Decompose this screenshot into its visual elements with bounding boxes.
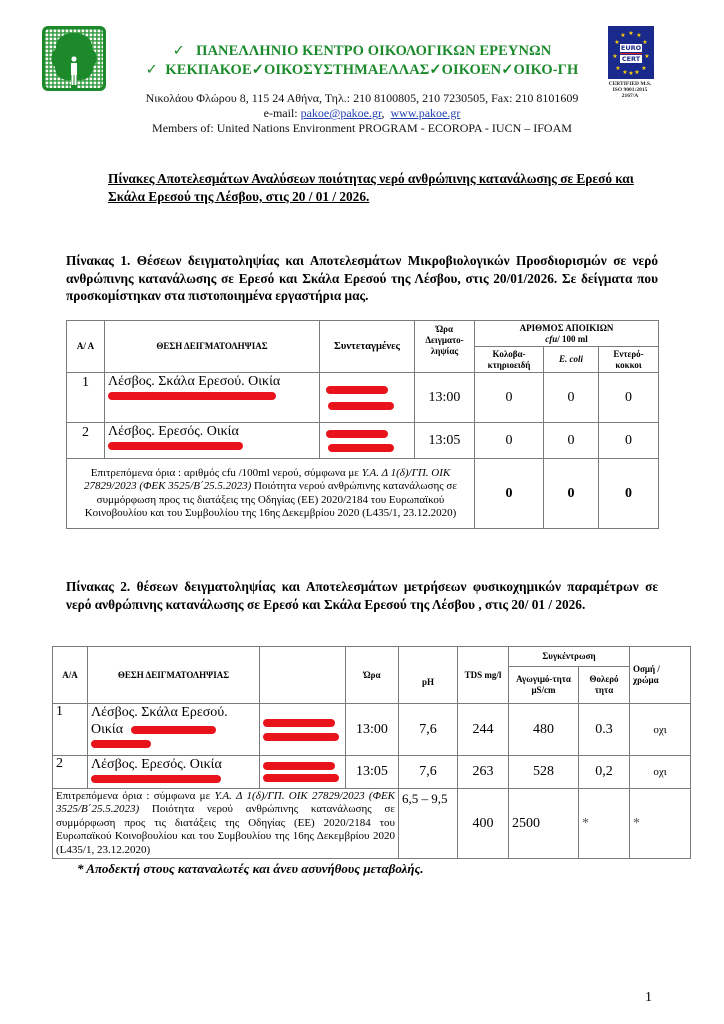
svg-text:★: ★: [641, 65, 646, 72]
col-turbidity: Θολερό τητα: [579, 667, 630, 704]
redaction-mark: [263, 733, 339, 741]
redaction-mark: [328, 402, 394, 410]
contact-line: e-mail: pakoe@pakoe.gr, www.pakoe.gr: [0, 106, 724, 121]
col-time: Ώρα: [346, 647, 399, 704]
microbiology-table: Α/ Α ΘΕΣΗ ΔΕΙΓΜΑΤΟΛΗΨΙΑΣ Συντεταγμένες Ώ…: [66, 320, 659, 529]
redaction-mark: [263, 719, 335, 727]
col-coliforms: Κολοβα-κτηριοειδή: [475, 347, 544, 373]
col-aa: Α/ Α: [67, 321, 105, 373]
website-link[interactable]: www.pakoe.gr: [390, 106, 460, 120]
document-title: Πίνακες Αποτελεσμάτων Αναλύσεων ποιότητα…: [108, 170, 658, 206]
table-row: 1 Λέσβος. Σκάλα Ερεσού. Οικία 13:00 7,6 …: [53, 704, 691, 756]
col-conductivity: Αγωγιμό-τητα μS/cm: [509, 667, 579, 704]
svg-text:★: ★: [642, 39, 647, 46]
limits-text: Επιτρεπόμενα όρια : σύμφωνα με Υ.Α. Δ 1(…: [53, 789, 399, 859]
location-cell: Λέσβος. Σκάλα Ερεσού. Οικία: [88, 704, 260, 756]
limits-row: Επιτρεπόμενα όρια : αριθμός cfu /100ml ν…: [67, 459, 659, 529]
svg-text:★: ★: [636, 32, 641, 39]
col-enterococci: Εντερό-κοκκοι: [599, 347, 659, 373]
col-coords: Συντεταγμένες: [320, 321, 415, 373]
page-number: 1: [645, 990, 652, 1006]
redaction-mark: [263, 762, 335, 770]
eurocert-stars-icon: ★★★ ★★ ★★ ★★ ★★★: [608, 26, 654, 79]
svg-text:★: ★: [628, 30, 633, 37]
coords-cell: [260, 756, 346, 789]
table-row: 1 Λέσβος. Σκάλα Ερεσού. Οικία 13:00 0 0 …: [67, 373, 659, 423]
svg-text:★: ★: [615, 65, 620, 72]
col-coords: [260, 647, 346, 704]
location-cell: Λέσβος. Ερεσός. Οικία: [105, 423, 320, 459]
cert-badge-top: EURO: [620, 44, 642, 52]
redaction-mark: [328, 444, 394, 452]
redaction-mark: [91, 775, 221, 783]
col-aa: Α/Α: [53, 647, 88, 704]
col-group-colonies: ΑΡΙΘΜΟΣ ΑΠΟΙΚΙΩΝ cfu/ 100 ml: [475, 321, 659, 347]
address-line: Νικολάου Φλώρου 8, 115 24 Αθήνα, Τηλ.: 2…: [0, 91, 724, 106]
svg-text:★: ★: [622, 69, 627, 76]
coords-cell: [260, 704, 346, 756]
svg-text:★: ★: [644, 53, 649, 60]
table-row: 2 Λέσβος. Ερεσός. Οικία 13:05 7,6 263 52…: [53, 756, 691, 789]
svg-text:★: ★: [614, 39, 619, 46]
coords-cell: [320, 373, 415, 423]
physicochemical-table: Α/Α ΘΕΣΗ ΔΕΙΓΜΑΤΟΛΗΨΙΑΣ Ώρα pH TDS mg/l …: [52, 646, 691, 859]
redaction-mark: [108, 442, 243, 450]
limits-row: Επιτρεπόμενα όρια : σύμφωνα με Υ.Α. Δ 1(…: [53, 789, 691, 859]
svg-text:★: ★: [634, 69, 639, 76]
table-row: 2 Λέσβος. Ερεσός. Οικία 13:05 0 0 0: [67, 423, 659, 459]
col-location: ΘΕΣΗ ΔΕΙΓΜΑΤΟΛΗΨΙΑΣ: [105, 321, 320, 373]
check-icon: ✓: [173, 43, 185, 59]
check-icon: ✓: [146, 62, 158, 78]
coords-cell: [320, 423, 415, 459]
redaction-mark: [326, 430, 388, 438]
eurocert-badge: ★★★ ★★ ★★ ★★ ★★★ EURO CERT: [608, 26, 654, 79]
col-group-concentration: Συγκέντρωση: [509, 647, 630, 667]
redaction-mark: [108, 392, 276, 400]
col-ph: pH: [399, 647, 458, 704]
limits-text: Επιτρεπόμενα όρια : αριθμός cfu /100ml ν…: [67, 459, 475, 529]
col-time: Ώρα Δειγματο-ληψίας: [415, 321, 475, 373]
svg-text:★: ★: [612, 53, 617, 60]
col-tds: TDS mg/l: [458, 647, 509, 704]
redaction-mark: [91, 740, 151, 748]
table1-caption: Πίνακας 1. Θέσεων δειγματοληψίας και Απο…: [66, 252, 658, 305]
col-odor: Οσμή / χρώμα: [630, 647, 691, 704]
members-line: Members of: United Nations Environment P…: [0, 121, 724, 136]
svg-text:★: ★: [628, 70, 633, 77]
location-cell: Λέσβος. Σκάλα Ερεσού. Οικία: [105, 373, 320, 423]
footnote: * Αποδεκτή στους καταναλωτές και άνευ ασ…: [77, 861, 424, 877]
cert-badge-bottom: CERT: [620, 55, 642, 63]
col-location: ΘΕΣΗ ΔΕΙΓΜΑΤΟΛΗΨΙΑΣ: [88, 647, 260, 704]
location-cell: Λέσβος. Ερεσός. Οικία: [88, 756, 260, 789]
email-link[interactable]: pakoe@pakoe.gr: [301, 106, 382, 120]
table2-caption: Πίνακας 2. θέσεων δειγματοληψίας και Απο…: [66, 578, 658, 613]
svg-text:★: ★: [620, 32, 625, 39]
redaction-mark: [131, 726, 216, 734]
redaction-mark: [263, 774, 339, 782]
col-ecoli: E. coli: [544, 347, 599, 373]
redaction-mark: [326, 386, 388, 394]
